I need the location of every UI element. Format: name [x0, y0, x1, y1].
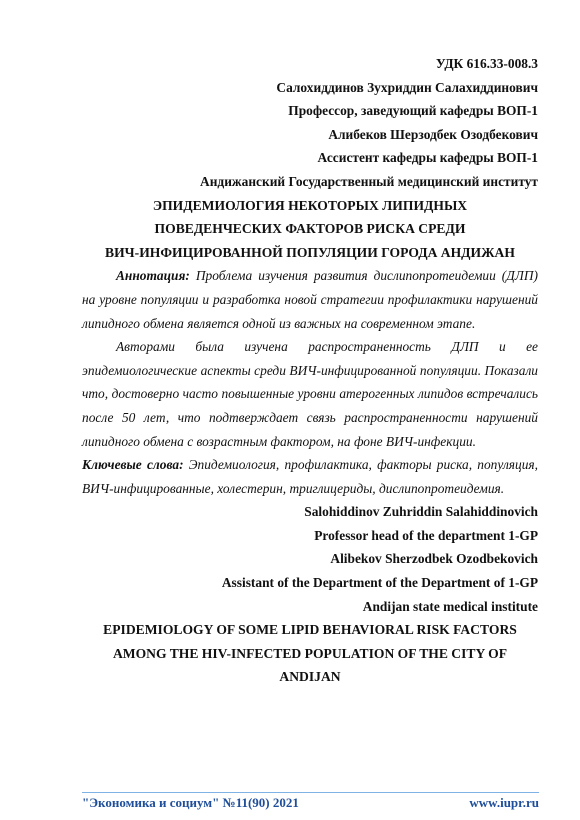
author-1-name-ru: Салохиддинов Зухриддин Салахиддинович: [82, 76, 538, 100]
title-ru: ЭПИДЕМИОЛОГИЯ НЕКОТОРЫХ ЛИПИДНЫХ ПОВЕДЕН…: [82, 194, 538, 265]
title-en-line-3: ANDIJAN: [82, 665, 538, 689]
author-1-name-en: Salohiddinov Zuhriddin Salahiddinovich: [82, 500, 538, 524]
abstract-paragraph-1: Аннотация: Проблема изучения развития ди…: [82, 264, 538, 335]
keywords-label: Ключевые слова:: [82, 457, 184, 472]
title-en-line-2: AMONG THE HIV-INFECTED POPULATION OF THE…: [82, 642, 538, 666]
author-2-name-en: Alibekov Sherzodbek Ozodbekovich: [82, 547, 538, 571]
abstract-label: Аннотация:: [116, 268, 190, 283]
author-2-position-ru: Ассистент кафедры кафедры ВОП-1: [82, 146, 538, 170]
footer-divider: [82, 792, 539, 793]
journal-website-link[interactable]: www.iupr.ru: [469, 795, 539, 811]
journal-citation: "Экономика и социум" №11(90) 2021: [82, 795, 299, 811]
document-page: УДК 616.33-008.3 Салохиддинов Зухриддин …: [82, 52, 538, 689]
institution-en: Andijan state medical institute: [82, 595, 538, 619]
keywords: Ключевые слова: Эпидемиология, профилакт…: [82, 453, 538, 500]
author-2-name-ru: Алибеков Шерзодбек Озодбекович: [82, 123, 538, 147]
title-ru-line-3: ВИЧ-ИНФИЦИРОВАННОЙ ПОПУЛЯЦИИ ГОРОДА АНДИ…: [82, 241, 538, 265]
author-1-position-ru: Профессор, заведующий кафедры ВОП-1: [82, 99, 538, 123]
abstract-paragraph-2: Авторами была изучена распространенность…: [82, 335, 538, 453]
title-ru-line-1: ЭПИДЕМИОЛОГИЯ НЕКОТОРЫХ ЛИПИДНЫХ: [82, 194, 538, 218]
author-1-position-en: Professor head of the department 1-GP: [82, 524, 538, 548]
page-footer: "Экономика и социум" №11(90) 2021 www.iu…: [82, 795, 539, 811]
title-ru-line-2: ПОВЕДЕНЧЕСКИХ ФАКТОРОВ РИСКА СРЕДИ: [82, 217, 538, 241]
title-en-line-1: EPIDEMIOLOGY OF SOME LIPID BEHAVIORAL RI…: [82, 618, 538, 642]
author-2-position-en: Assistant of the Department of the Depar…: [82, 571, 538, 595]
title-en: EPIDEMIOLOGY OF SOME LIPID BEHAVIORAL RI…: [82, 618, 538, 689]
abstract-text-2: Авторами была изучена распространенность…: [82, 339, 538, 448]
institution-ru: Андижанский Государственный медицинский …: [82, 170, 538, 194]
udc-code: УДК 616.33-008.3: [82, 52, 538, 76]
